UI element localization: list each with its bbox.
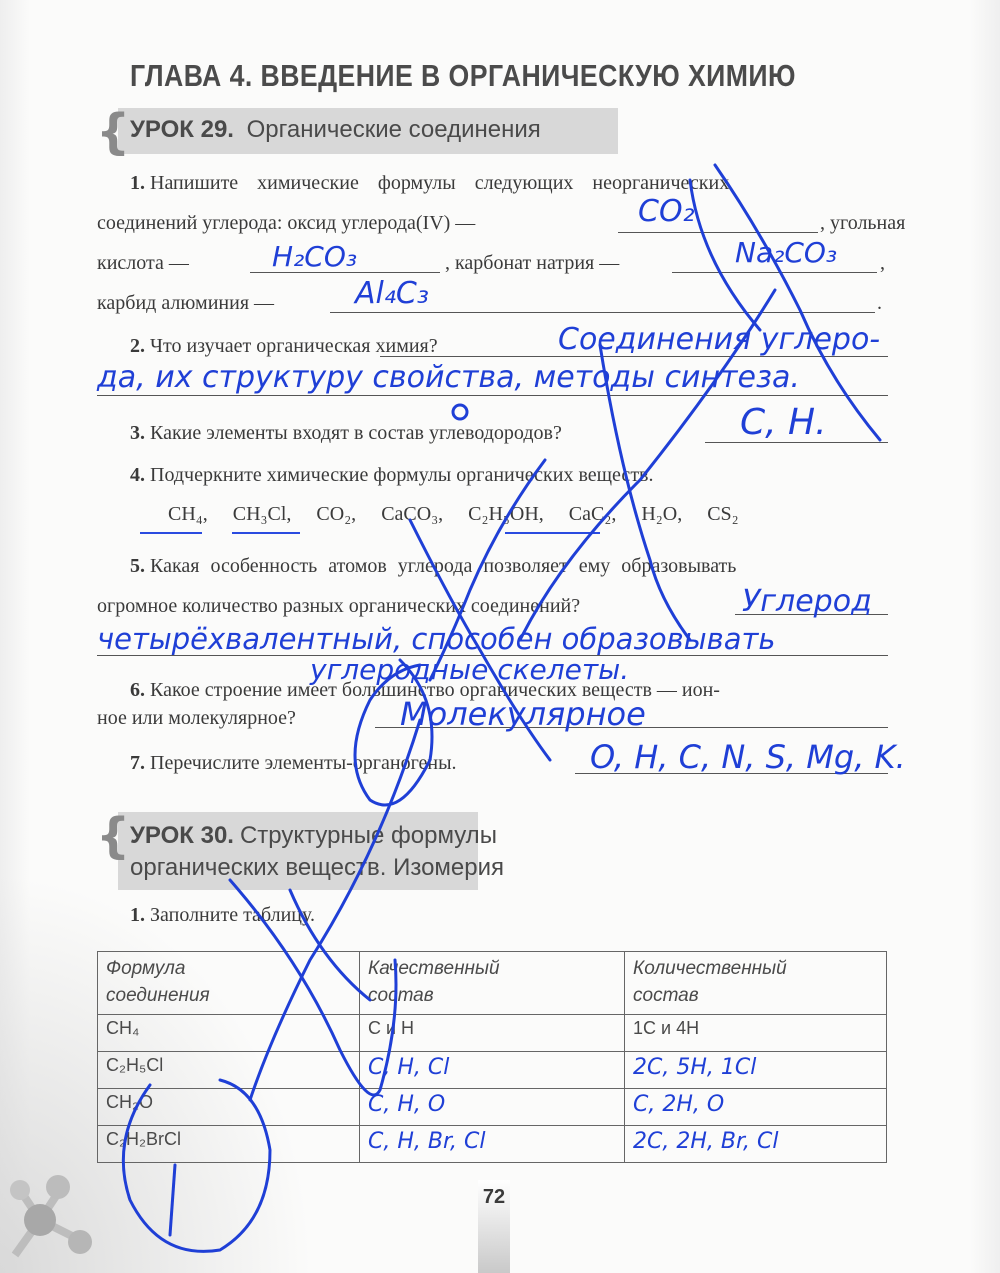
question-1: 1. Напишите химические формулы следующих…: [130, 170, 729, 196]
formula[interactable]: H₂O,: [641, 503, 682, 525]
bracket-icon: {: [96, 812, 130, 860]
page-number-tab: 72: [478, 1180, 510, 1273]
question-3: 3. Какие элементы входят в состав углево…: [130, 420, 562, 446]
formula[interactable]: CH₃Cl,: [233, 503, 292, 525]
formula-cell: C₂H₂BrCl: [98, 1126, 360, 1163]
handwritten-answer: H₂CO₃: [272, 240, 357, 273]
lesson-number: УРОК 30.: [130, 822, 234, 849]
question-4: 4. Подчеркните химические формулы органи…: [130, 462, 654, 488]
underline-mark: [140, 532, 202, 534]
table-header-row: Формуласоединения Качественныйсостав Кол…: [98, 952, 887, 1015]
table-row: CH₂O C, H, O C, 2H, O: [98, 1089, 887, 1126]
question-7: 7. Перечислите элементы-органогены.: [130, 750, 457, 776]
table-header: Формуласоединения: [98, 952, 360, 1015]
table-header: Количественныйсостав: [625, 952, 887, 1015]
handwritten-answer: Na₂CO₃: [735, 236, 837, 269]
handwritten-answer: C, H.: [740, 402, 827, 443]
formula-cell: C₂H₅Cl: [98, 1052, 360, 1089]
qualitative-cell[interactable]: C, H, O: [360, 1089, 625, 1126]
formula[interactable]: CH₄,: [168, 503, 208, 525]
table-row: CH₄ C и H 1C и 4H: [98, 1015, 887, 1052]
table-row: C₂H₂BrCl C, H, Br, Cl 2C, 2H, Br, Cl: [98, 1126, 887, 1163]
underline-mark: [505, 532, 600, 534]
handwritten-answer: O, H, C, N, S, Mg, K.: [590, 738, 906, 776]
lesson-29-banner: { УРОК 29. Органические соединения: [118, 108, 618, 154]
composition-table: Формуласоединения Качественныйсостав Кол…: [97, 951, 887, 1163]
handwritten-answer: Молекулярное: [400, 695, 646, 733]
handwritten-answer: четырёхвалентный, способен образовывать: [97, 622, 775, 656]
lesson-title: Структурные формулы: [240, 822, 497, 849]
answer-field[interactable]: [97, 395, 888, 396]
question-1-text: карбид алюминия —: [97, 290, 274, 316]
answer-field-co2[interactable]: [618, 232, 818, 233]
qualitative-cell: C и H: [360, 1015, 625, 1052]
formula-cell: CH₄: [98, 1015, 360, 1052]
task-1: 1. Заполните таблицу.: [130, 902, 315, 928]
quantitative-cell[interactable]: 2C, 5H, 1Cl: [625, 1052, 887, 1089]
answer-field-al4c3[interactable]: [330, 312, 875, 313]
lesson-title: Органические соединения: [247, 116, 541, 143]
answer-field-na2co3[interactable]: [672, 272, 877, 273]
formula[interactable]: C₂H₅OH,: [468, 503, 544, 525]
bracket-icon: {: [96, 108, 130, 156]
question-1-text: .: [877, 290, 882, 316]
handwritten-answer: CO₂: [638, 194, 695, 229]
underline-mark: [232, 532, 300, 534]
quantitative-cell[interactable]: 2C, 2H, Br, Cl: [625, 1126, 887, 1163]
qualitative-cell[interactable]: C, H, Br, Cl: [360, 1126, 625, 1163]
handwritten-answer: Соединения углеро-: [558, 322, 880, 357]
quantitative-cell[interactable]: C, 2H, O: [625, 1089, 887, 1126]
formula-cell: CH₂O: [98, 1089, 360, 1126]
table-row: C₂H₅Cl C, H, Cl 2C, 5H, 1Cl: [98, 1052, 887, 1089]
handwritten-answer: да, их структуру свойства, методы синтез…: [97, 360, 800, 395]
question-6-line-2: ное или молекулярное?: [97, 705, 296, 731]
lesson-number: УРОК 29.: [130, 116, 234, 143]
question-1-text: ,: [880, 250, 885, 276]
molecule-icon: [0, 1160, 110, 1270]
formula[interactable]: CaC₂,: [569, 503, 617, 525]
handwritten-answer: Al₄C₃: [355, 276, 429, 311]
formula[interactable]: CaCO₃,: [381, 503, 443, 525]
qualitative-cell[interactable]: C, H, Cl: [360, 1052, 625, 1089]
question-1-line-2: соединений углерода: оксид углерода(IV) …: [97, 210, 475, 236]
chapter-title: ГЛАВА 4. ВВЕДЕНИЕ В ОРГАНИЧЕСКУЮ ХИМИЮ: [130, 58, 796, 94]
table-header: Качественныйсостав: [360, 952, 625, 1015]
question-1-text: , угольная: [820, 210, 905, 236]
question-1-text: кислота —: [97, 250, 189, 276]
question-5: 5. Какая особенность атомов углерода поз…: [130, 553, 736, 579]
question-5-line-2: огромное количество разных органических …: [97, 593, 580, 619]
page-number: 72: [478, 1186, 510, 1209]
handwritten-answer: Углерод: [742, 584, 872, 619]
lesson-30-banner: { УРОК 30.Структурные формулы органическ…: [118, 812, 478, 890]
formula[interactable]: CS₂: [707, 503, 738, 525]
quantitative-cell: 1C и 4H: [625, 1015, 887, 1052]
formula-list: CH₄, CH₃Cl, CO₂, CaCO₃, C₂H₅OH, CaC₂, H₂…: [168, 503, 753, 526]
question-1-text: , карбонат натрия —: [445, 250, 619, 276]
formula[interactable]: CO₂,: [316, 503, 356, 525]
lesson-title: органических веществ. Изомерия: [130, 852, 504, 884]
